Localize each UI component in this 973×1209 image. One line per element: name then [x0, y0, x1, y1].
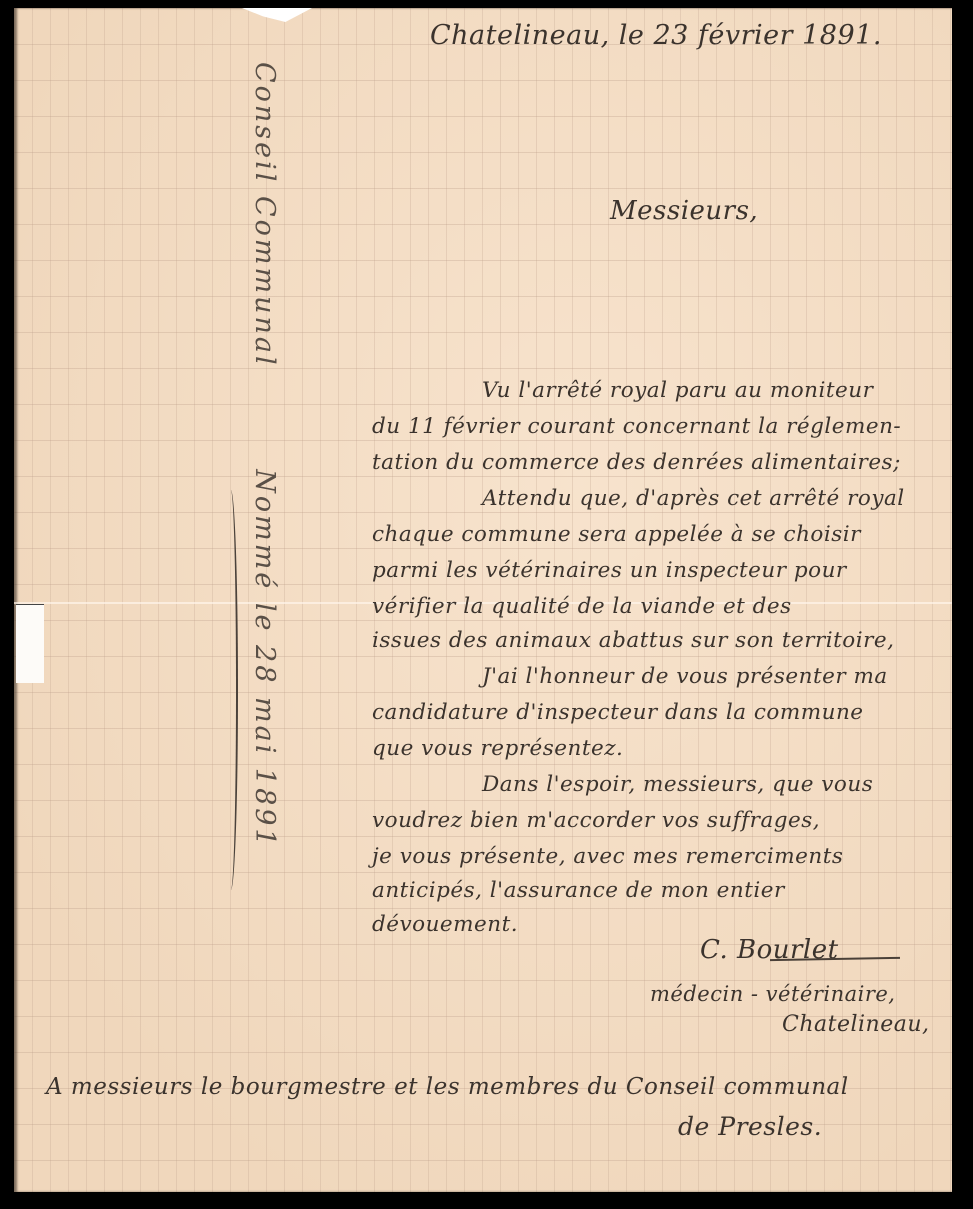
body-line: Attendu que, d'après cet arrêté royal [372, 486, 973, 511]
signature-place: Chatelineau, [782, 1012, 930, 1037]
body-line: Dans l'espoir, messieurs, que vous [372, 772, 973, 797]
margin-annotation: Conseil Communal Nommé le 28 mai 1891 [249, 62, 280, 849]
body-line: voudrez bien m'accorder vos suffrages, [372, 808, 952, 833]
body-line: vérifier la qualité de la viande et des [372, 594, 952, 619]
body-line: je vous présente, avec mes remerciments [372, 844, 952, 869]
body-line: issues des animaux abattus sur son terri… [372, 628, 952, 653]
body-line: dévouement. [372, 912, 952, 937]
body-line: que vous représentez. [372, 736, 952, 761]
body-line: Vu l'arrêté royal paru au moniteur [372, 378, 973, 403]
body-line: chaque commune sera appelée à se choisir [372, 522, 952, 547]
body-line: candidature d'inspecteur dans la commune [372, 700, 952, 725]
paper-tear-left [16, 604, 44, 683]
salutation: Messieurs, [610, 196, 758, 226]
body-line: J'ai l'honneur de vous présenter ma [372, 664, 973, 689]
recipient-address-line-1: A messieurs le bourgmestre et les membre… [46, 1074, 849, 1100]
margin-annotation-line-1: Conseil Communal [249, 62, 280, 368]
body-line: anticipés, l'assurance de mon entier [372, 878, 952, 903]
margin-bracket-stroke [220, 490, 238, 890]
signature-title: médecin - vétérinaire, [650, 982, 895, 1006]
body-line: tation du commerce des denrées alimentai… [372, 450, 952, 475]
dateline: Chatelineau, le 23 février 1891. [430, 20, 882, 51]
recipient-address-line-2: de Presles. [678, 1112, 822, 1141]
margin-annotation-line-2: Nommé le 28 mai 1891 [249, 469, 280, 848]
body-line: du 11 février courant concernant la régl… [372, 414, 952, 439]
body-line: parmi les vétérinaires un inspecteur pou… [372, 558, 952, 583]
paper-tear-top [242, 8, 312, 22]
